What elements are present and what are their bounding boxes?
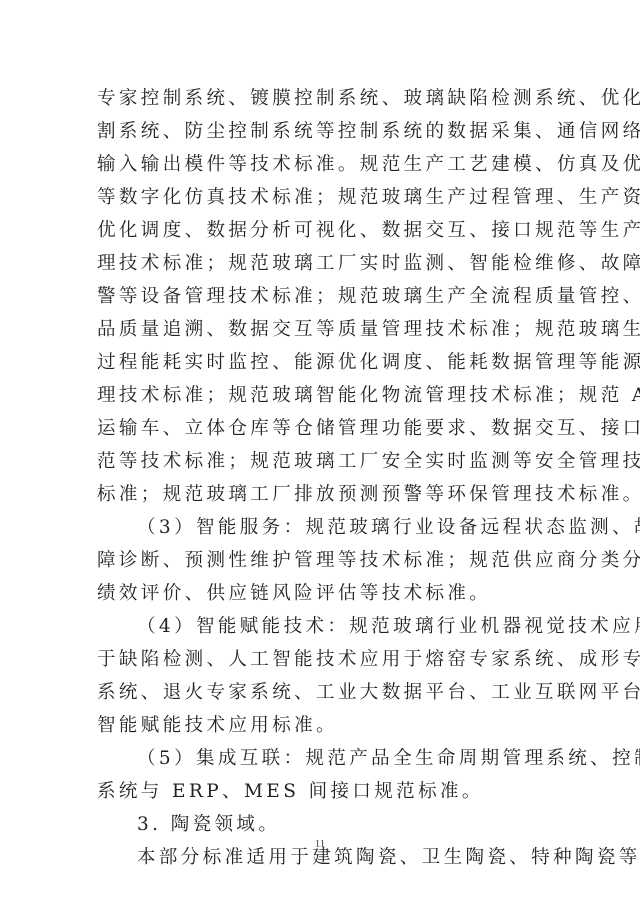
section-heading-enabling-tech: （4）智能赋能技术：规范玻璃行业机器视觉技术应用 (97, 610, 545, 643)
text-line: 系统与 ERP、MES 间接口规范标准。 (97, 775, 545, 808)
text-line: 品质量追溯、数据交互等质量管理技术标准；规范玻璃生产 (97, 313, 545, 346)
text-line: 运输车、立体仓库等仓储管理功能要求、数据交互、接口规 (97, 412, 545, 445)
text-line: 范等技术标准；规范玻璃工厂安全实时监测等安全管理技术 (97, 445, 545, 478)
section-heading-ceramics: 3. 陶瓷领域。 (97, 808, 545, 841)
text-line: 等数字化仿真技术标准；规范玻璃生产过程管理、生产资源 (97, 181, 545, 214)
text-line: 标准；规范玻璃工厂排放预测预警等环保管理技术标准。 (97, 478, 545, 511)
page-number: 11 (0, 838, 640, 850)
text-line: 绩效评价、供应链风险评估等技术标准。 (97, 577, 545, 610)
text-line: 输入输出模件等技术标准。规范生产工艺建模、仿真及优化 (97, 148, 545, 181)
text-line: 割系统、防尘控制系统等控制系统的数据采集、通信网络、 (97, 115, 545, 148)
section-heading-integration: （5）集成互联：规范产品全生命周期管理系统、控制 (97, 742, 545, 775)
text-line: 警等设备管理技术标准；规范玻璃生产全流程质量管控、产 (97, 280, 545, 313)
text-line: 智能赋能技术应用标准。 (97, 709, 545, 742)
text-line: 系统、退火专家系统、工业大数据平台、工业互联网平台等 (97, 676, 545, 709)
text-line: 过程能耗实时监控、能源优化调度、能耗数据管理等能源管 (97, 346, 545, 379)
text-line: 障诊断、预测性维护管理等技术标准；规范供应商分类分级、 (97, 544, 545, 577)
text-line: 专家控制系统、镀膜控制系统、玻璃缺陷检测系统、优化切 (97, 82, 545, 115)
text-line: 理技术标准；规范玻璃工厂实时监测、智能检维修、故障预 (97, 247, 545, 280)
section-heading-smart-services: （3）智能服务：规范玻璃行业设备远程状态监测、故 (97, 511, 545, 544)
body-text: 专家控制系统、镀膜控制系统、玻璃缺陷检测系统、优化切 割系统、防尘控制系统等控制… (97, 82, 545, 874)
text-line: 优化调度、数据分析可视化、数据交互、接口规范等生产管 (97, 214, 545, 247)
text-line: 理技术标准；规范玻璃智能化物流管理技术标准；规范 AGV (97, 379, 545, 412)
text-line: 于缺陷检测、人工智能技术应用于熔窑专家系统、成形专家 (97, 643, 545, 676)
document-page: 专家控制系统、镀膜控制系统、玻璃缺陷检测系统、优化切 割系统、防尘控制系统等控制… (0, 0, 640, 904)
